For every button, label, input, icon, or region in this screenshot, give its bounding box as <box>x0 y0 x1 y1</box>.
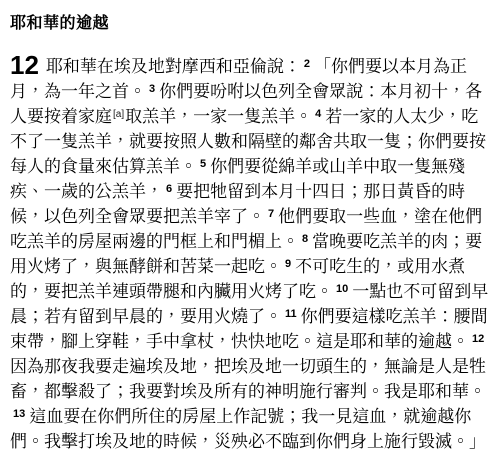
passage: 耶和華的逾越 12耶和華在埃及地對摩西和亞倫說：2「你們要以本月為正月，為一年之… <box>0 0 503 454</box>
verse-number-7: 7 <box>268 208 274 220</box>
chapter-number: 12 <box>10 50 39 80</box>
verse-number-2: 2 <box>304 58 310 70</box>
verse-number-4: 4 <box>315 108 321 120</box>
verse-number-11: 11 <box>285 308 297 320</box>
verse-number-6: 6 <box>166 183 172 195</box>
passage-heading: 耶和華的逾越 <box>10 10 490 33</box>
verse-number-5: 5 <box>200 158 206 170</box>
verse-number-8: 8 <box>302 233 308 245</box>
footnote-link-a[interactable]: [a] <box>113 109 124 120</box>
verse-number-9: 9 <box>285 258 291 270</box>
verse-number-10: 10 <box>336 283 348 295</box>
verse-number-12: 12 <box>472 333 484 345</box>
verse-number-13: 13 <box>13 408 25 420</box>
verse-number-3: 3 <box>149 83 155 95</box>
verse-paragraph: 12耶和華在埃及地對摩西和亞倫說：2「你們要以本月為正月，為一年之首。3你們要吩… <box>10 52 490 454</box>
